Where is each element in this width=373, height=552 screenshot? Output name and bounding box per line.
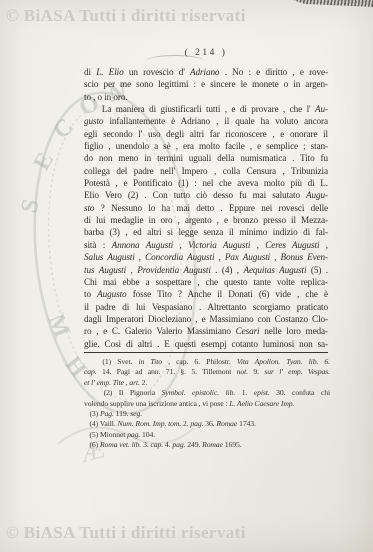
text-line: egli secondo l' uso degli altri far rico… [84, 128, 328, 140]
text-line: (1) Svet. in Tito , cap. 6. Philostr. Vi… [84, 357, 330, 367]
text-line: glie. Così di altri . E questi esempj co… [84, 338, 328, 350]
text-line: La maniera di giustificarli tutti , e di… [84, 103, 328, 115]
text-line: di lui medaglie in oro , argento , e bro… [84, 214, 328, 226]
stamp-letter: C [48, 114, 78, 145]
watermark-top: © BiASA Tutti i diritti riservati [6, 6, 246, 26]
text-line: sità : Annona Augusti , Victoria Augusti… [84, 239, 328, 251]
stamp-letter: E [29, 148, 60, 175]
text-line: Chi mai ebbe a sospettare , che questo t… [84, 276, 328, 288]
stamp-letter: M [42, 311, 75, 342]
page-number: ( 214 ) [84, 48, 328, 58]
text-line: Salus Augusti , Concordia Augusti , Pax … [84, 251, 328, 263]
text-line: (2) Il Pignoria Symbol. epistolic. lib. … [84, 388, 330, 398]
watermark-bottom: © BiASA Tutti i diritti riservati [6, 523, 246, 543]
text-line: il padre di lui Vespasiano . Altrettanto… [84, 301, 328, 313]
text-line: gusto infallantemente è Adriano , il qua… [84, 115, 328, 127]
text-line: di L. Elio un rovescio d' Adriano . No :… [84, 66, 328, 78]
text-line: ro , e C. Galerio Valerio Massimiano Ces… [84, 325, 328, 337]
text-line: dagli Imperatori Diocleziano , e Massimi… [84, 313, 328, 325]
text-line: Elio Vero (2) . Con tutto ciò desso fu m… [84, 189, 328, 201]
scanned-page: S E C O N M H Æ © BiASA Tutti i diritti … [0, 0, 373, 552]
text-line: scio per me sono legittimi : e sincere l… [84, 78, 328, 90]
text-line: (5) Mionnet pag. 104. [84, 430, 330, 440]
text-line: to , o in oro. [84, 91, 328, 103]
scan-edge-artifact [293, 0, 373, 7]
footnotes: (1) Svet. in Tito , cap. 6. Philostr. Vi… [84, 357, 330, 451]
text-line: volendo supplire una iscrizione antica ,… [84, 399, 330, 409]
text-line: to Augusto fosse Tito ? Anche il Donati … [84, 288, 328, 300]
text-line: (3) Pag. 119. seg. [84, 409, 330, 419]
text-line: sto ? Nessuno lo ha mai detto . Eppure n… [84, 202, 328, 214]
text-line: collega del padre nell' Impero , colla C… [84, 165, 328, 177]
stamp-letter: S [16, 197, 44, 215]
text-line: barba (3) , ed altri si legge senza il m… [84, 226, 328, 238]
text-line: et l' emp. Tite , art. 2. [84, 378, 330, 388]
text-line: (6) Roma vet. lib. 3. cap. 4. pag. 249. … [84, 440, 330, 450]
footnote-separator [84, 352, 328, 353]
text-line: cap. 14. Pagi ad ann. 71. §. 5. Tillemon… [84, 367, 330, 377]
text-line: (4) Vaill. Num. Rom. Imp. tom. 2. pag. 3… [84, 419, 330, 429]
text-line: figlio , unendolo a sè , era molto facil… [84, 140, 328, 152]
text-line: do non meno in termini uguali della numi… [84, 152, 328, 164]
body-text: di L. Elio un rovescio d' Adriano . No :… [84, 66, 328, 350]
text-line: tus Augusti , Providentia Augusti . (4) … [84, 264, 328, 276]
text-line: Potestà , e Pontificato (1) : nel che av… [84, 177, 328, 189]
